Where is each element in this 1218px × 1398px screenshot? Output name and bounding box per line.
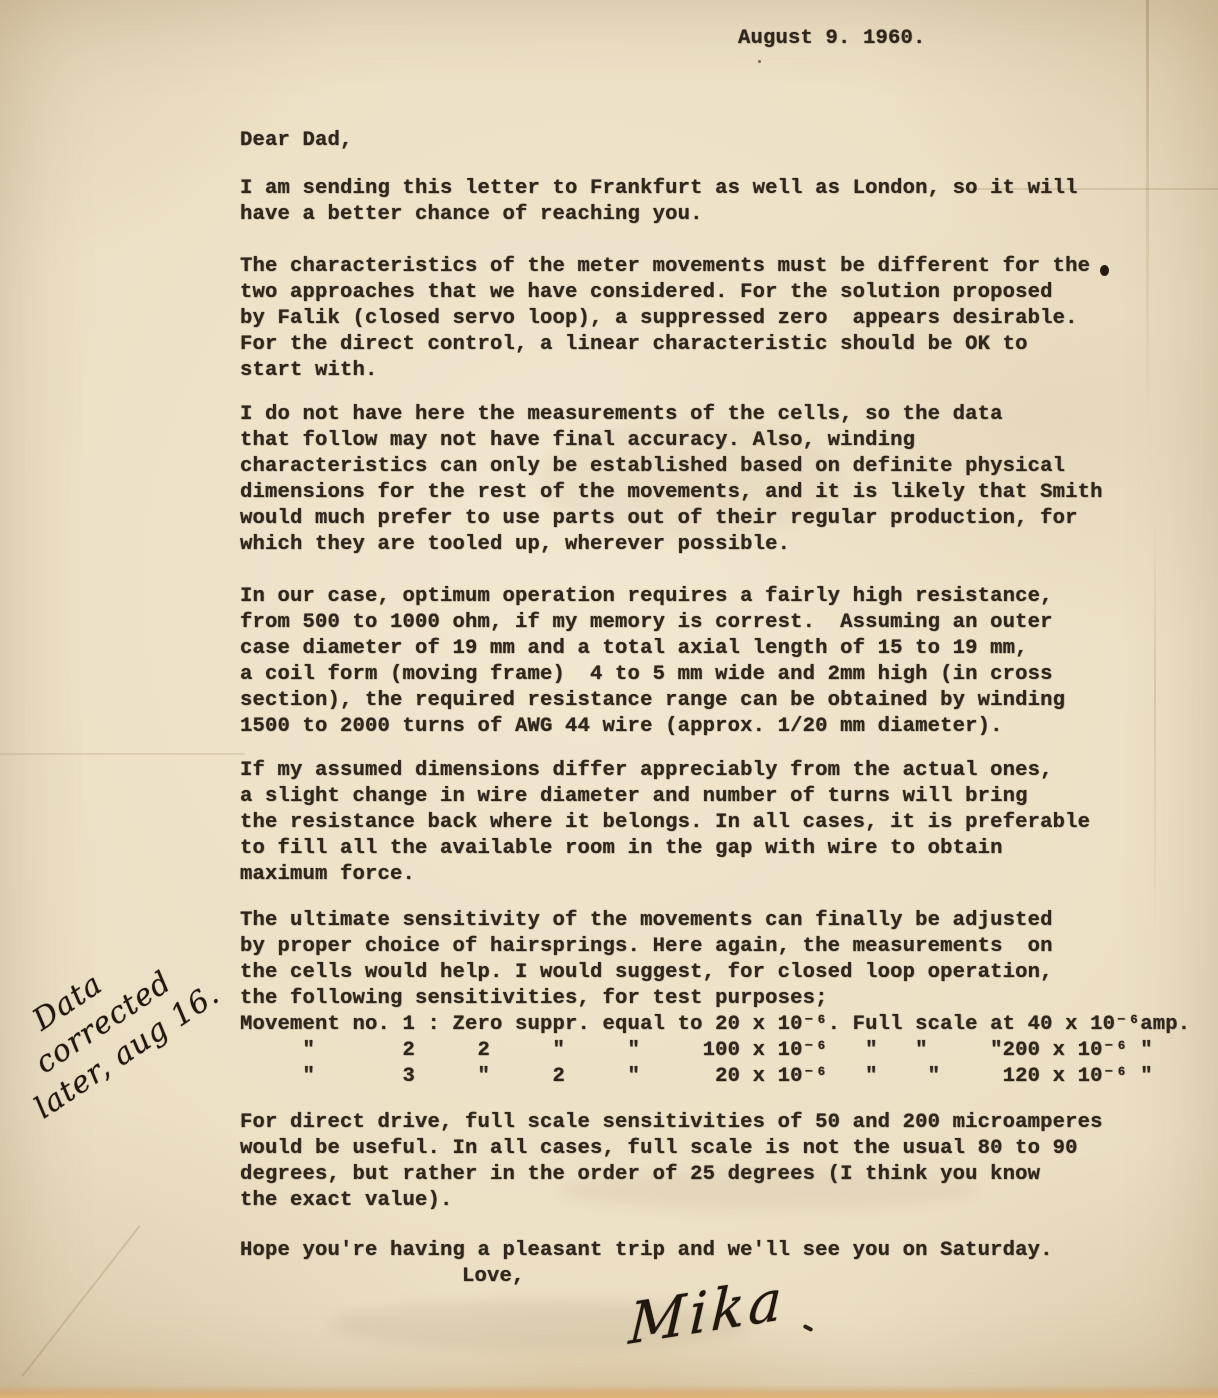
paper-crease [0, 753, 245, 755]
ink-speck [1100, 265, 1109, 276]
letter-date: August 9. 1960. [738, 26, 926, 52]
paragraph-sensitivity-intro: The ultimate sensitivity of the movement… [240, 908, 1053, 1012]
paper-crease [1154, 520, 1156, 940]
paragraph-resistance-requirements: In our case, optimum operation requires … [240, 584, 1065, 740]
valediction: Love, [462, 1264, 525, 1290]
paper-crease [1146, 0, 1149, 430]
closing-line: Hope you're having a pleasant trip and w… [240, 1238, 1053, 1264]
ink-speck [758, 60, 761, 63]
letter-page: August 9. 1960. Dear Dad, I am sending t… [0, 0, 1218, 1398]
scan-edge [0, 1385, 1218, 1398]
paragraph-meter-characteristics: The characteristics of the meter movemen… [240, 254, 1090, 384]
sensitivity-table-row-2: " 2 2 " " 100 x 10⁻⁶ " " "200 x 10⁻⁶ " [240, 1038, 1153, 1064]
sensitivity-table-row-1: Movement no. 1 : Zero suppr. equal to 20… [240, 1012, 1190, 1038]
pen-mark [803, 1324, 814, 1332]
paragraph-cell-measurements: I do not have here the measurements of t… [240, 402, 1103, 558]
paper-crease [22, 1226, 141, 1377]
salutation: Dear Dad, [240, 128, 353, 154]
signature: Mika [627, 1267, 787, 1358]
sensitivity-table-row-3: " 3 " 2 " 20 x 10⁻⁶ " " 120 x 10⁻⁶ " [240, 1064, 1153, 1090]
handwritten-annotation: Data corrected later, aug 16. [26, 915, 227, 1100]
paragraph-direct-drive: For direct drive, full scale sensitiviti… [240, 1110, 1103, 1214]
paragraph-assumed-dimensions: If my assumed dimensions differ apprecia… [240, 758, 1090, 888]
paragraph-sending: I am sending this letter to Frankfurt as… [240, 176, 1078, 228]
